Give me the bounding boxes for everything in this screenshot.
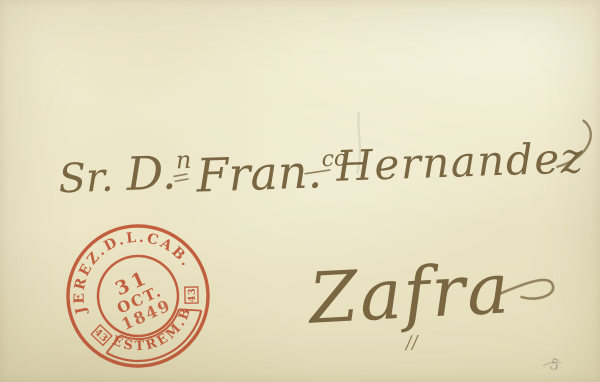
destination-ditto-marks: //	[403, 332, 420, 354]
address-given-name: Fran.co	[195, 143, 349, 202]
postmark-number-right: 43	[187, 288, 198, 302]
destination-text: Zafra	[305, 247, 512, 340]
pencil-mark-group: 5	[543, 355, 562, 375]
address-title: D.n	[124, 145, 192, 201]
address-honorific: Sr.	[58, 155, 114, 203]
address-title-superscript: n	[175, 146, 191, 175]
postmark-group: JEREZ.D.L.CAB. ESTREM.B 43 43 31 OCT.	[46, 204, 231, 382]
address-line: Sr. D.n Fran.co Hernandez	[57, 120, 593, 208]
postmark-number-box-right: 43	[185, 287, 198, 303]
address-title-main: D.	[124, 145, 177, 201]
destination-group: Zafra //	[305, 245, 556, 359]
address-group: Sr. D.n Fran.co Hernandez	[57, 120, 593, 208]
address-surname: Hernandez	[334, 133, 585, 191]
pencil-mark-text: 5	[547, 355, 561, 375]
address-given-name-main: Fran.	[195, 144, 323, 202]
postmark-number-left: 43	[92, 327, 110, 345]
cover-artwork: Sr. D.n Fran.co Hernandez Zafra //	[0, 0, 600, 382]
postmark-number-box-left: 43	[91, 325, 112, 345]
postmark-date: 31 OCT. 1849	[104, 262, 174, 334]
